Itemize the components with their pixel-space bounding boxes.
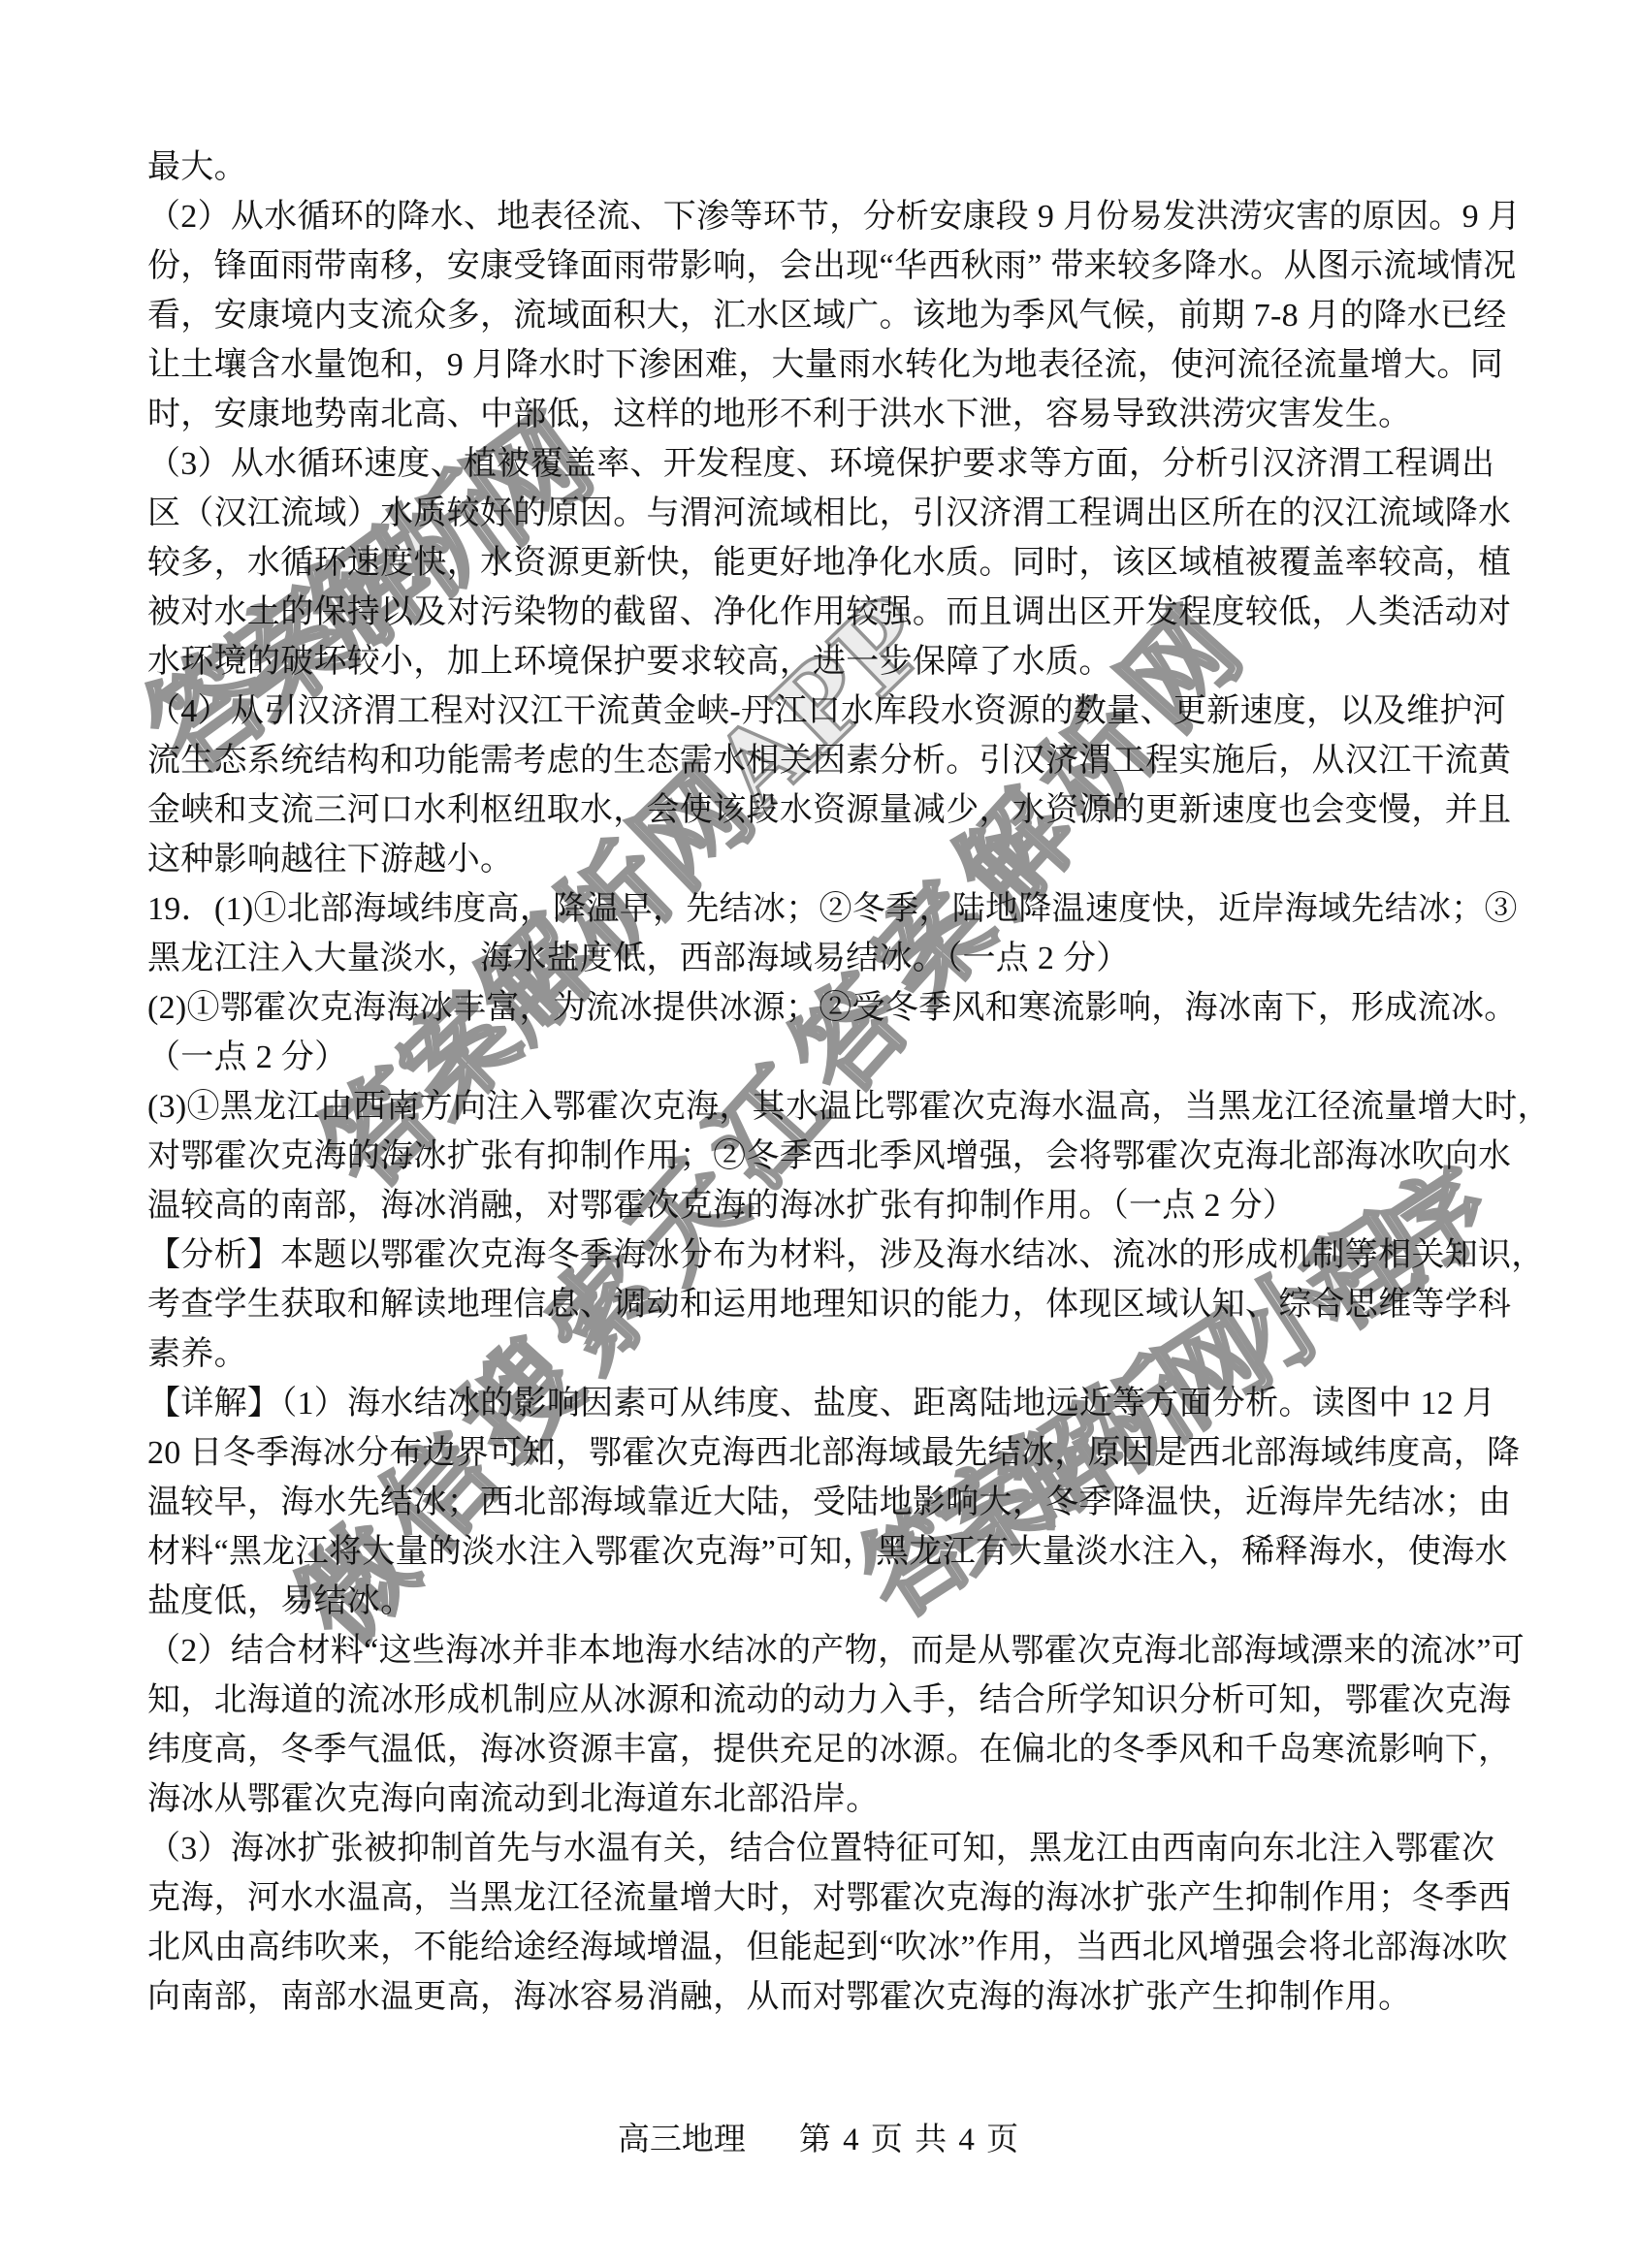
text-line: 份，锋面雨带南移，安康受锋面雨带影响，会出现“华西秋雨” 带来较多降水。从图示流… (147, 241, 1592, 291)
text-line: 考查学生获取和解读地理信息、调动和运用地理知识的能力，体现区域认知、综合思维等学… (147, 1280, 1592, 1329)
text-line: 黑龙江注入大量淡水，海水盐度低，西部海域易结冰。（一点 2 分） (147, 934, 1592, 983)
text-line: （一点 2 分） (147, 1033, 1592, 1082)
text-line: 温较早，海水先结冰；西北部海域靠近大陆，受陆地影响大，冬季降温快，近海岸先结冰；… (147, 1478, 1592, 1527)
text-line: 20 日冬季海冰分布边界可知，鄂霍次克海西北部海域最先结冰，原因是西北部海域纬度… (147, 1428, 1592, 1478)
text-line: (2)①鄂霍次克海海冰丰富，为流冰提供冰源；②受冬季风和寒流影响，海冰南下，形成… (147, 983, 1592, 1033)
text-line: 这种影响越往下游越小。 (147, 835, 1592, 884)
text-line: （2）从水循环的降水、地表径流、下渗等环节，分析安康段 9 月份易发洪涝灾害的原… (147, 192, 1592, 241)
text-line: 北风由高纬吹来，不能给途经海域增温，但能起到“吹冰”作用，当西北风增强会将北部海… (147, 1923, 1592, 1972)
text-line: 【详解】（1）海水结冰的影响因素可从纬度、盐度、距离陆地远近等方面分析。读图中 … (147, 1379, 1592, 1428)
text-line: 最大。 (147, 143, 1592, 192)
text-line: 19．(1)①北部海域纬度高，降温早，先结冰；②冬季，陆地降温速度快，近岸海域先… (147, 884, 1592, 934)
text-line: 海冰从鄂霍次克海向南流动到北海道东北部沿岸。 (147, 1774, 1592, 1824)
text-line: （3）从水循环速度、植被覆盖率、开发程度、环境保护要求等方面，分析引汉济渭工程调… (147, 439, 1592, 489)
text-line: 知，北海道的流冰形成机制应从冰源和流动的动力入手，结合所学知识分析可知，鄂霍次克… (147, 1676, 1592, 1725)
text-line: 水环境的破坏较小，加上环境保护要求较高，进一步保障了水质。 (147, 637, 1592, 687)
text-line: 对鄂霍次克海的海冰扩张有抑制作用；②冬季西北季风增强，会将鄂霍次克海北部海冰吹向… (147, 1132, 1592, 1181)
text-line: （3）海冰扩张被抑制首先与水温有关，结合位置特征可知，黑龙江由西南向东北注入鄂霍… (147, 1824, 1592, 1873)
text-line: 看，安康境内支流众多，流域面积大，汇水区域广。该地为季风气候，前期 7-8 月的… (147, 291, 1592, 340)
text-line: 温较高的南部，海冰消融，对鄂霍次克海的海冰扩张有抑制作用。（一点 2 分） (147, 1181, 1592, 1230)
footer-page-number: 第 4 页 共 4 页 (799, 2123, 1020, 2157)
page-footer: 高三地理第 4 页 共 4 页 (0, 2114, 1638, 2159)
text-line: 素养。 (147, 1329, 1592, 1379)
document-body: 最大。（2）从水循环的降水、地表径流、下渗等环节，分析安康段 9 月份易发洪涝灾… (147, 143, 1592, 2022)
text-line: 金峡和支流三河口水利枢纽取水，会使该段水资源量减少，水资源的更新速度也会变慢，并… (147, 785, 1592, 835)
text-line: 盐度低，易结冰。 (147, 1577, 1592, 1626)
text-line: 流生态系统结构和功能需考虑的生态需水相关因素分析。引汉济渭工程实施后，从汉江干流… (147, 736, 1592, 785)
text-line: 时，安康地势南北高、中部低，这样的地形不利于洪水下泄，容易导致洪涝灾害发生。 (147, 390, 1592, 439)
text-line: 纬度高，冬季气温低，海冰资源丰富，提供充足的冰源。在偏北的冬季风和千岛寒流影响下… (147, 1725, 1592, 1774)
text-line: 【分析】本题以鄂霍次克海冬季海冰分布为材料，涉及海水结冰、流冰的形成机制等相关知… (147, 1230, 1592, 1280)
text-line: 区（汉江流域）水质较好的原因。与渭河流域相比，引汉济渭工程调出区所在的汉江流域降… (147, 489, 1592, 538)
text-line: (3)①黑龙江由西南方向注入鄂霍次克海，其水温比鄂霍次克海水温高，当黑龙江径流量… (147, 1082, 1592, 1132)
text-line: （4）从引汉济渭工程对汉江干流黄金峡-丹江口水库段水资源的数量、更新速度，以及维… (147, 687, 1592, 736)
text-line: 克海，河水水温高，当黑龙江径流量增大时，对鄂霍次克海的海冰扩张产生抑制作用；冬季… (147, 1873, 1592, 1923)
text-line: 较多，水循环速度快，水资源更新快，能更好地净化水质。同时，该区域植被覆盖率较高，… (147, 538, 1592, 588)
footer-course-label: 高三地理 (618, 2123, 746, 2157)
answer-sheet-page: 答案解析网答案解析网APP微信搜索天江答案解析网答案解析网小程序 最大。（2）从… (0, 0, 1638, 2268)
text-line: 被对水土的保持以及对污染物的截留、净化作用较强。而且调出区开发程度较低，人类活动… (147, 588, 1592, 637)
text-line: 向南部，南部水温更高，海冰容易消融，从而对鄂霍次克海的海冰扩张产生抑制作用。 (147, 1972, 1592, 2022)
text-line: （2）结合材料“这些海冰并非本地海水结冰的产物，而是从鄂霍次克海北部海域漂来的流… (147, 1626, 1592, 1676)
text-line: 让土壤含水量饱和，9 月降水时下渗困难，大量雨水转化为地表径流，使河流径流量增大… (147, 340, 1592, 390)
text-line: 材料“黑龙江将大量的淡水注入鄂霍次克海”可知，黑龙江有大量淡水注入，稀释海水，使… (147, 1527, 1592, 1577)
